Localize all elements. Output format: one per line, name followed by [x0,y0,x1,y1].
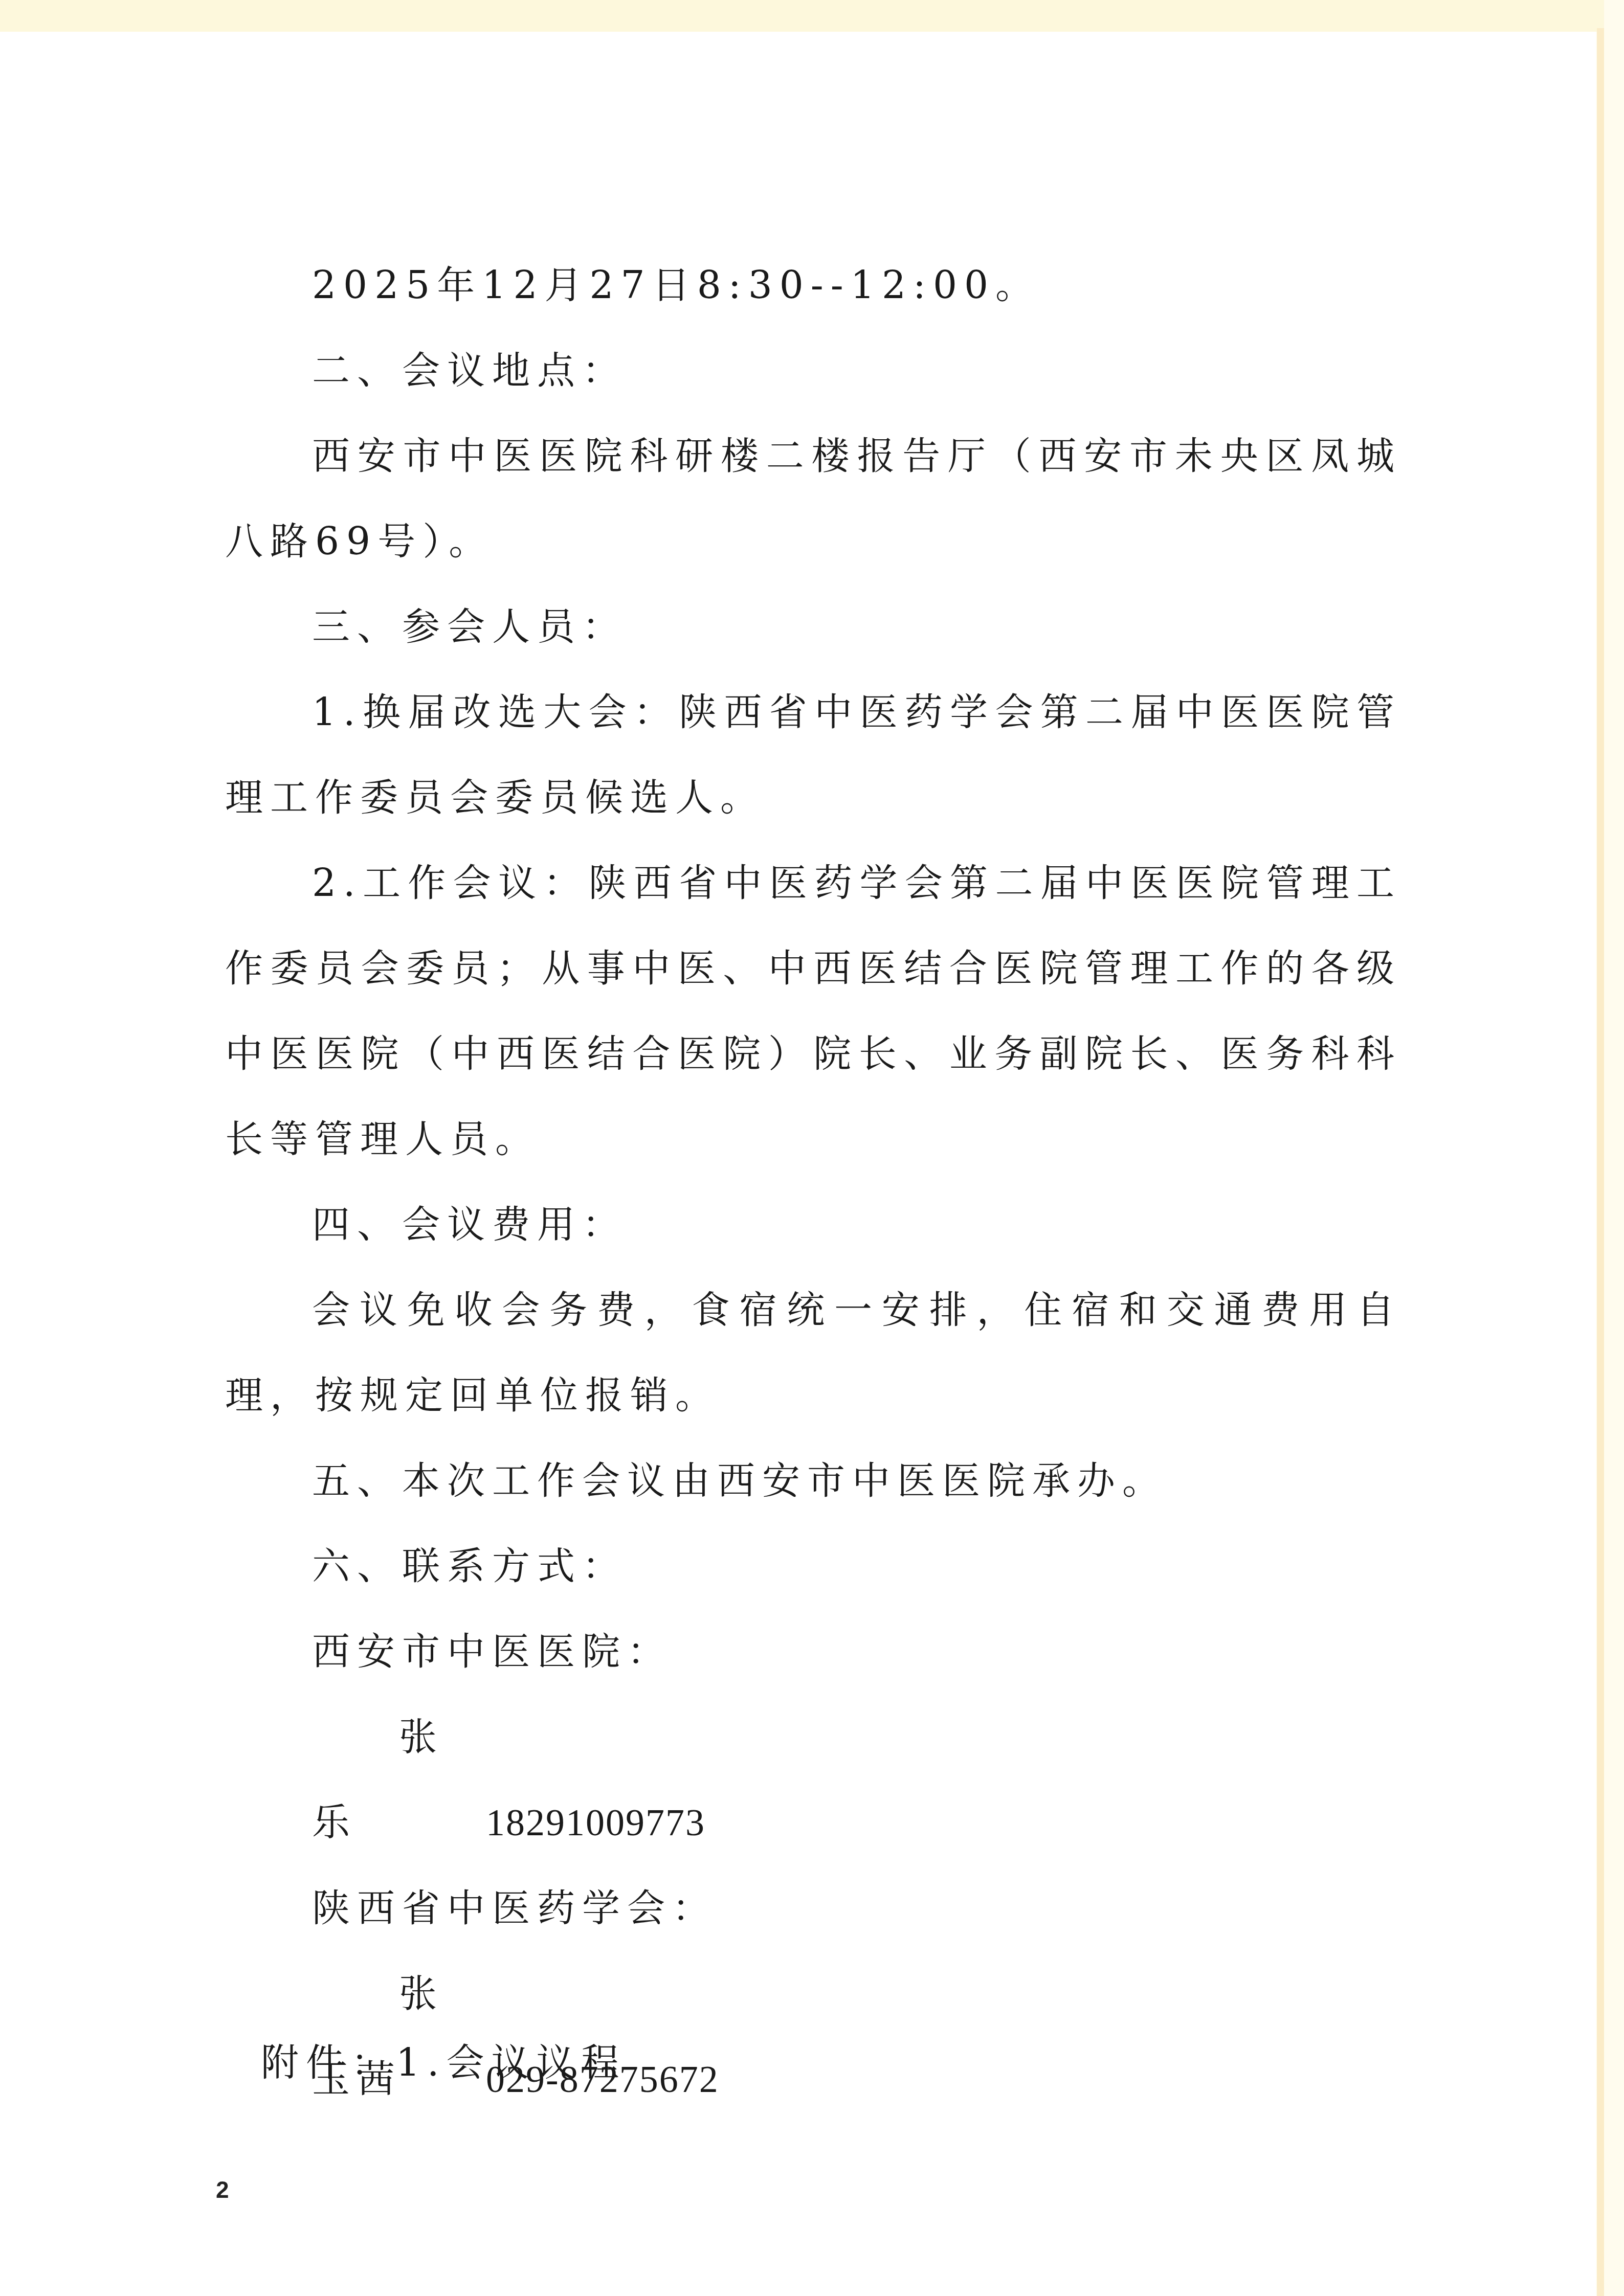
document-body: 2025年12月27日8:30--12:00。 二、会议地点： 西安市中医医院科… [225,243,1401,2123]
page-number: 2 [216,2176,229,2203]
contact-row: 张 乐18291009773 [225,1695,1401,1866]
meeting-fees: 会议免收会务费，食宿统一安排，住宿和交通费用自理，按规定回单位报销。 [225,1268,1401,1438]
attendees-work-meeting: 2.工作会议：陕西省中医药学会第二届中医医院管理工作委员会委员；从事中医、中西医… [225,841,1401,1182]
section-heading-fees: 四、会议费用： [225,1182,1401,1268]
section-heading-location: 二、会议地点： [225,328,1401,414]
attendees-election: 1.换届改选大会：陕西省中医药学会第二届中医医院管理工作委员会委员候选人。 [225,670,1401,841]
contact-block-hospital: 西安市中医医院： 张 乐18291009773 [225,1609,1401,1866]
scan-top-band [0,0,1624,32]
meeting-location: 西安市中医医院科研楼二楼报告厅（西安市未央区凤城八路69号）。 [225,414,1401,584]
scan-edge-stripe [1597,28,1604,2296]
section-heading-contact: 六、联系方式： [225,1524,1401,1609]
meeting-time: 2025年12月27日8:30--12:00。 [225,243,1401,328]
contact-name: 张 乐 [312,1695,486,1865]
meeting-host: 五、本次工作会议由西安市中医医院承办。 [225,1438,1401,1524]
section-heading-attendees: 三、参会人员： [225,584,1401,670]
contact-organization: 陕西省中医药学会： [225,1866,1401,1951]
attachment-note: 附件：1.会议议程 [261,2033,627,2087]
contact-phone: 18291009773 [486,1802,705,1844]
scan-right-margin [1604,0,1624,2296]
contact-organization: 西安市中医医院： [225,1609,1401,1695]
